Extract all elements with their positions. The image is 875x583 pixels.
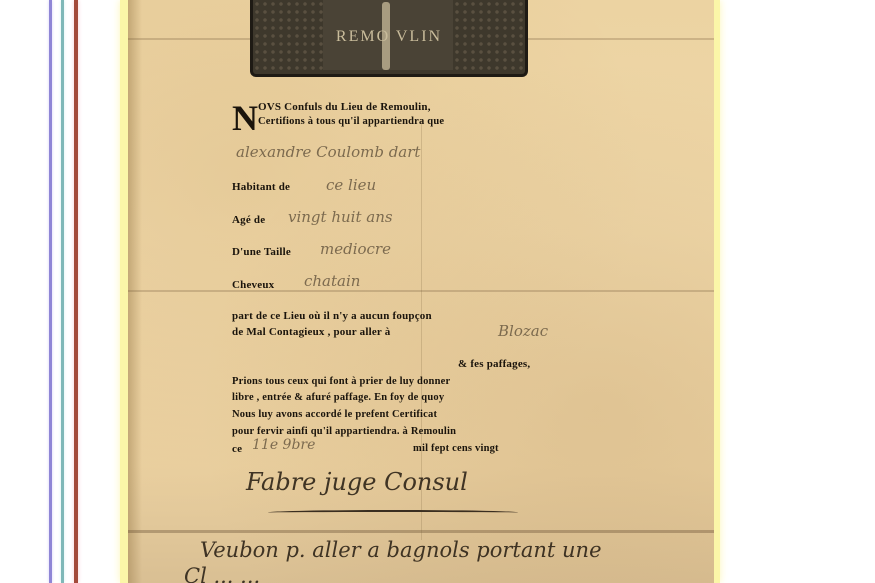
intro-line-2: Certifions à tous qu'il appartiendra que xyxy=(258,116,444,127)
margin-line-purple xyxy=(49,0,52,583)
emblem-text: REMO VLIN xyxy=(253,28,525,46)
footer-note-line-2: Cl ... ... xyxy=(184,564,260,583)
habitant-label: Habitant de xyxy=(232,181,290,193)
handwritten-destination: Blozac xyxy=(498,322,548,340)
cheveux-label: Cheveux xyxy=(232,279,274,291)
taille-label: D'une Taille xyxy=(232,246,291,258)
age-label: Agé de xyxy=(232,214,265,226)
prions-line-4: pour fervir ainfi qu'il appartiendra. à … xyxy=(232,426,456,437)
certificate-document: REMO VLIN N OVS Confuls du Lieu de Remou… xyxy=(128,0,714,583)
part-line-1: part de ce Lieu où il n'y a aucun foupço… xyxy=(232,310,432,322)
date-prefix: ce xyxy=(232,443,242,455)
part-line-2: de Mal Contagieux , pour aller à xyxy=(232,326,390,338)
signature-flourish xyxy=(268,510,518,515)
margin-line-teal xyxy=(61,0,64,583)
prions-line-2: libre , entrée & afuré paffage. En foy d… xyxy=(232,392,444,403)
passages-line: & fes paffages, xyxy=(458,358,530,370)
footer-note-line-1: Veubon p. aller a bagnols portant une xyxy=(200,538,602,562)
town-emblem: REMO VLIN xyxy=(250,0,528,77)
dropcap: N xyxy=(232,100,258,136)
consul-signature: Fabre juge Consul xyxy=(246,468,468,496)
handwritten-date: 11e 9bre xyxy=(252,437,315,453)
prions-line-3: Nous luy avons accordé le prefent Certif… xyxy=(232,409,437,420)
handwritten-age: vingt huit ans xyxy=(288,208,393,226)
handwritten-habitant: ce lieu xyxy=(326,176,376,194)
handwritten-taille: mediocre xyxy=(320,240,391,258)
prions-line-1: Prions tous ceux qui font à prier de luy… xyxy=(232,376,450,387)
margin-line-red xyxy=(74,0,78,583)
handwritten-cheveux: chatain xyxy=(304,272,360,290)
date-suffix: mil fept cens vingt xyxy=(413,443,499,454)
handwritten-name: alexandre Coulomb dart xyxy=(236,143,420,161)
intro-line-1: OVS Confuls du Lieu de Remoulin, xyxy=(258,101,431,113)
